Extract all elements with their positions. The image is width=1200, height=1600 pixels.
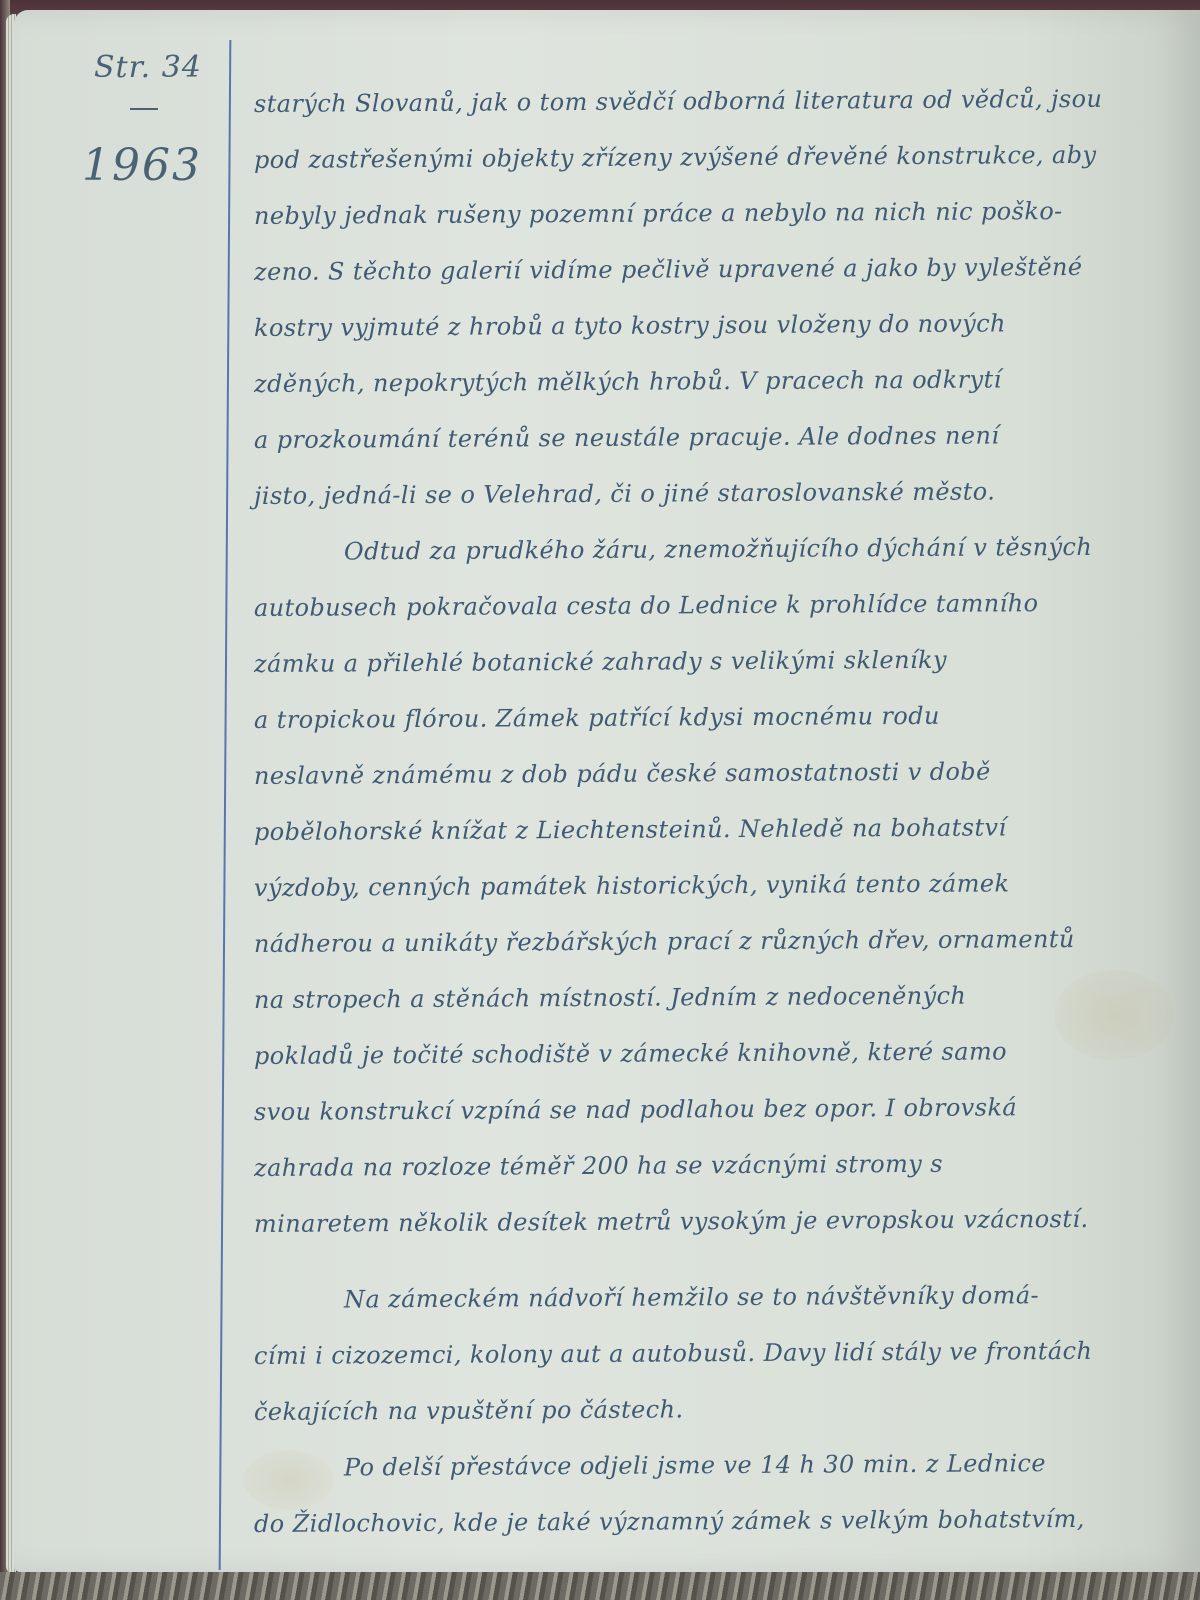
text-line: zámku a přilehlé botanické zahrady s vel…	[254, 630, 1174, 692]
page-reference: Str. 34	[94, 50, 202, 85]
text-line: pobělohorské knížat z Liechtensteinů. Ne…	[254, 798, 1174, 860]
text-line: svou konstrukcí vzpíná se nad podlahou b…	[254, 1078, 1174, 1140]
book-cover-bottom	[0, 1572, 1200, 1600]
text-line: autobusech pokračovala cesta do Lednice …	[254, 574, 1174, 636]
notebook-page: Str. 34 1963 starých Slovanů, jak o tom …	[14, 10, 1200, 1572]
text-line: nádherou a unikáty řezbářských prací z r…	[254, 910, 1174, 972]
text-line: zděných, nepokrytých mělkých hrobů. V pr…	[254, 350, 1174, 412]
text-line: do Židlochovic, kde je také významný zám…	[254, 1490, 1174, 1552]
paragraph-start-line: Na zámeckém nádvoří hemžilo se to návště…	[254, 1266, 1174, 1328]
text-line: a tropickou flórou. Zámek patřící kdysi …	[254, 686, 1174, 748]
text-line: minaretem několik desítek metrů vysokým …	[254, 1190, 1174, 1252]
text-line: neslavně známému z dob pádu české samost…	[254, 742, 1174, 804]
text-line: cími i cizozemci, kolony aut a autobusů.…	[254, 1322, 1174, 1384]
year-label: 1963	[82, 140, 202, 191]
text-line: zahrada na rozloze téměř 200 ha se vzácn…	[254, 1134, 1174, 1196]
text-line: jisto, jedná-li se o Velehrad, či o jiné…	[254, 462, 1174, 524]
text-line: čekajících na vpuštění po částech.	[254, 1378, 1174, 1440]
text-line: výzdoby, cenných památek historických, v…	[254, 854, 1174, 916]
text-line: pod zastřešenými objekty zřízeny zvýšené…	[254, 126, 1174, 188]
text-line: nebyly jednak rušeny pozemní práce a neb…	[254, 182, 1174, 244]
text-line: a prozkoumání terénů se neustále pracuje…	[254, 406, 1174, 468]
handwritten-text: starých Slovanů, jak o tom svědčí odborn…	[254, 76, 1174, 1552]
text-line: na stropech a stěnách místností. Jedním …	[254, 966, 1174, 1028]
paragraph-start-line: Po delší přestávce odjeli jsme ve 14 h 3…	[254, 1434, 1174, 1496]
notebook-scene: Str. 34 1963 starých Slovanů, jak o tom …	[0, 0, 1200, 1600]
text-line: kostry vyjmuté z hrobů a tyto kostry jso…	[254, 294, 1174, 356]
text-line: pokladů je točité schodiště v zámecké kn…	[254, 1022, 1174, 1084]
margin-rule	[219, 40, 232, 1570]
margin-dash	[130, 108, 158, 110]
paragraph-start-line: Odtud za prudkého žáru, znemožňujícího d…	[254, 518, 1174, 580]
text-line: zeno. S těchto galerií vidíme pečlivě up…	[254, 238, 1174, 300]
text-line: starých Slovanů, jak o tom svědčí odborn…	[254, 70, 1174, 132]
